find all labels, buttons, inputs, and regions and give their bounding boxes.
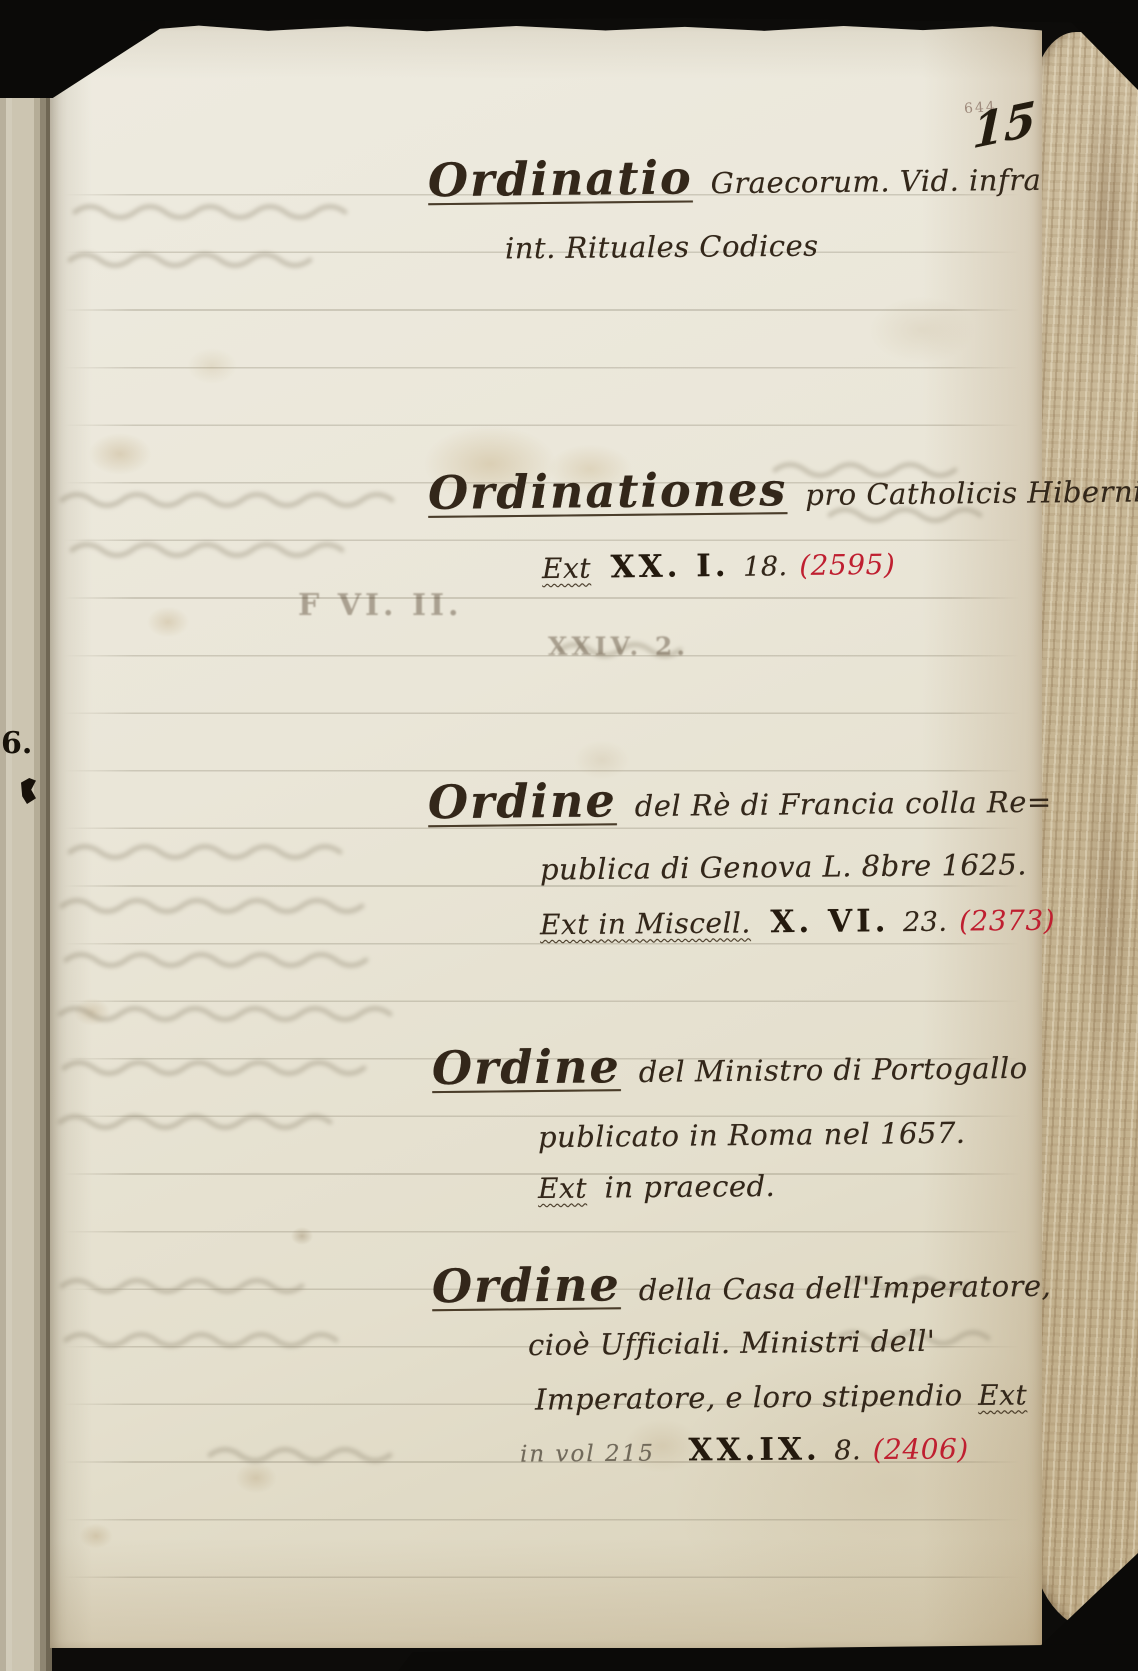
reference-text: in praeced.	[604, 1169, 775, 1204]
reference-number: 23.	[903, 907, 948, 938]
reference-number-red: (2595)	[799, 548, 896, 582]
reference-number: 8.	[834, 1435, 861, 1466]
entry-3-line-2: publica di Genova L. 8bre 1625.	[540, 847, 1027, 886]
entry-5-headline: Ordine della Casa dell'Imperatore,	[432, 1253, 1052, 1313]
pencil-note: in vol 215	[520, 1441, 655, 1468]
bleedthrough-roman-numeral: F VI. II.	[298, 588, 462, 623]
entry-3-reference: Ext in Miscell. X. VI. 23. (2373)	[540, 902, 1055, 942]
reference-number: 18.	[743, 551, 788, 583]
entry-text: della Casa dell'Imperatore,	[639, 1269, 1052, 1307]
entry-4-line-2: publicato in Roma nel 1657.	[538, 1116, 966, 1154]
entry-2-reference: Ext XX. I. 18. (2595)	[542, 546, 896, 586]
entry-text: Imperatore, e loro stipendio	[535, 1378, 963, 1416]
entry-text: del Rè di Francia colla Re=	[635, 785, 1052, 823]
entry-headword: Ordine	[428, 773, 617, 829]
entry-1-line-2: int. Rituales Codices	[505, 229, 819, 266]
entry-headword: Ordine	[432, 1257, 621, 1313]
entry-4-headline: Ordine del Ministro di Portogallo	[432, 1035, 1028, 1095]
reference-shelfmark-roman: XX. I.	[610, 548, 729, 585]
bleedthrough-roman-numeral: XXIV. 2.	[548, 632, 689, 661]
previous-page-margin-number: 6.	[1, 726, 32, 761]
reference-shelfmark-roman: X. VI.	[770, 903, 889, 940]
entry-headword: Ordinationes	[428, 462, 788, 520]
reference-ext: Ext	[978, 1378, 1027, 1412]
entry-5-reference: in vol 215 XX.IX. 8. (2406)	[520, 1430, 969, 1469]
reference-ext: Ext	[538, 1172, 587, 1205]
entry-text: Graecorum. Vid. infra	[710, 163, 1041, 200]
reference-number-red: (2406)	[873, 1432, 969, 1466]
entry-1-headline: Ordinatio Graecorum. Vid. infra	[428, 147, 1042, 207]
reference-ext: Ext in Miscell.	[540, 906, 751, 941]
reference-ext: Ext	[542, 552, 591, 586]
entry-2-headline: Ordinationes pro Catholicis Hiberniae	[428, 458, 1138, 520]
reference-shelfmark-roman: XX.IX.	[688, 1431, 820, 1468]
entry-5-line-2: cioè Ufficiali. Ministri dell'	[528, 1324, 936, 1362]
entry-text: del Ministro di Portogallo	[639, 1051, 1028, 1089]
reference-number-red: (2373)	[959, 904, 1055, 938]
entry-4-reference: Ext in praeced.	[538, 1169, 776, 1205]
entry-headword: Ordine	[432, 1039, 621, 1095]
entry-3-headline: Ordine del Rè di Francia colla Re=	[428, 769, 1052, 830]
manuscript-scan: F VI. II. XXIV. 2. 644 15 6. Ordinatio G…	[0, 0, 1138, 1671]
entry-text: pro Catholicis Hiberniae	[805, 474, 1138, 512]
entry-5-line-3: Imperatore, e loro stipendio Ext	[535, 1377, 1027, 1416]
entry-headword: Ordinatio	[428, 150, 693, 207]
